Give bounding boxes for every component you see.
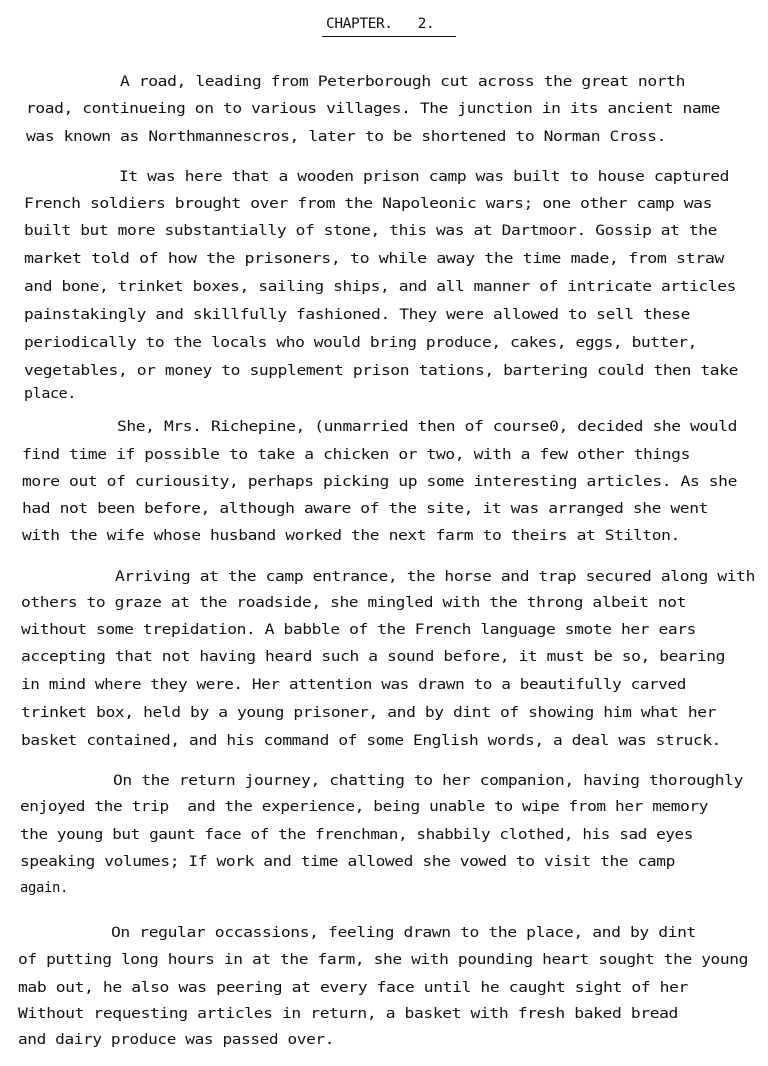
text-line: others to graze at the roadside, she min… <box>21 594 686 612</box>
text-line: had not been before, although aware of t… <box>22 500 708 518</box>
text-line: periodically to the locals who would bri… <box>24 334 697 352</box>
text-line: speaking volumes; If work and time allow… <box>20 853 675 871</box>
text-line: painstakingly and skillfully fashioned. … <box>24 306 690 324</box>
text-line: enjoyed the trip and the experience, bei… <box>20 798 708 816</box>
text-line: She, Mrs. Richepine, (unmarried then of … <box>117 418 737 436</box>
text-line: It was here that a wooden prison camp wa… <box>119 168 729 186</box>
text-line: French soldiers brought over from the Na… <box>24 195 712 213</box>
text-line: On regular occassions, feeling drawn to … <box>111 924 696 942</box>
text-line: without some trepidation. A babble of th… <box>21 621 696 639</box>
text-line: On the return journey, chatting to her c… <box>113 772 743 790</box>
text-line: mab out, he also was peering at every fa… <box>18 979 688 997</box>
text-line: Arriving at the camp entrance, the horse… <box>115 568 755 586</box>
chapter-heading: CHAPTER. 2. <box>322 14 456 37</box>
text-line: Without requesting articles in return, a… <box>18 1005 678 1023</box>
text-line: trinket box, held by a young prisoner, a… <box>21 704 716 722</box>
text-line: more out of curiousity, perhaps picking … <box>22 473 737 491</box>
text-line: market told of how the prisoners, to whi… <box>24 250 724 268</box>
text-line: find time if possible to take a chicken … <box>22 446 690 464</box>
text-line: again. <box>20 879 68 897</box>
text-line: of putting long hours in at the farm, sh… <box>18 951 748 969</box>
text-line: and dairy produce was passed over. <box>18 1031 334 1049</box>
text-line: and bone, trinket boxes, sailing ships, … <box>24 278 736 296</box>
text-line: was known as Northmannescros, later to b… <box>26 128 666 146</box>
text-line: built but more substantially of stone, t… <box>24 222 717 240</box>
text-line: road, continueing on to various villages… <box>26 100 720 118</box>
text-line: A road, leading from Peterborough cut ac… <box>120 73 685 91</box>
text-line: vegetables, or money to supplement priso… <box>24 362 738 380</box>
text-line: in mind where they were. Her attention w… <box>21 676 686 694</box>
text-line: basket contained, and his command of som… <box>21 732 721 750</box>
text-line: the young but gaunt face of the frenchma… <box>20 826 693 844</box>
text-line: place. <box>24 385 76 403</box>
text-line: with the wife whose husband worked the n… <box>22 527 680 545</box>
document-page: CHAPTER. 2. A road, leading from Peterbo… <box>0 0 768 1066</box>
text-line: accepting that not having heard such a s… <box>21 648 725 666</box>
